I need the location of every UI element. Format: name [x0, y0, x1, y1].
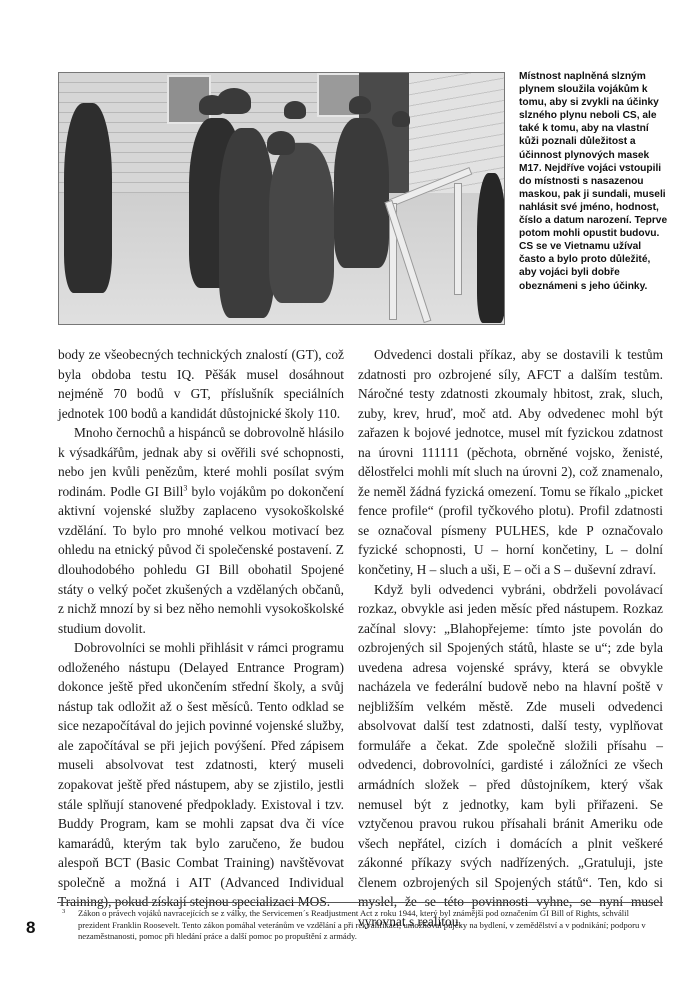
- page-number: 8: [26, 918, 35, 938]
- helmet: [267, 131, 295, 155]
- soldier-figure: [219, 128, 274, 318]
- ramp-post: [454, 183, 462, 295]
- left-column: body ze všeobecných technických znalostí…: [58, 345, 344, 912]
- paragraph: Dobrovolníci se mohli přihlásit v rámci …: [58, 638, 344, 912]
- helmet: [392, 111, 410, 127]
- right-column: Odvedenci dostali příkaz, aby se dostavi…: [358, 345, 663, 931]
- helmet: [217, 88, 251, 114]
- paragraph: Odvedenci dostali příkaz, aby se dostavi…: [358, 345, 663, 580]
- soldier-figure: [334, 118, 389, 268]
- paragraph: Mnoho černochů a hispánců se dobrovolně …: [58, 423, 344, 638]
- helmet: [284, 101, 306, 119]
- soldier-figure: [64, 103, 112, 293]
- paragraph-text: bylo vojákům po dokončení aktivní vojens…: [58, 484, 344, 636]
- photograph-soldiers-tear-gas: [58, 72, 505, 325]
- paragraph: body ze všeobecných technických znalostí…: [58, 345, 344, 423]
- photo-caption: Místnost naplněná slzným plynem sloužila…: [519, 70, 669, 293]
- footnote-number: 3: [62, 906, 65, 918]
- helmet: [349, 96, 371, 114]
- footnote-divider: [57, 902, 663, 903]
- soldier-figure: [269, 143, 334, 303]
- footnote: 3 Zákon o právech vojáků navracejících s…: [62, 908, 662, 943]
- footnote-text: Zákon o právech vojáků navracejících se …: [78, 908, 662, 943]
- soldier-figure: [477, 173, 505, 323]
- paragraph: Když byli odvedenci vybráni, obdrželi po…: [358, 580, 663, 932]
